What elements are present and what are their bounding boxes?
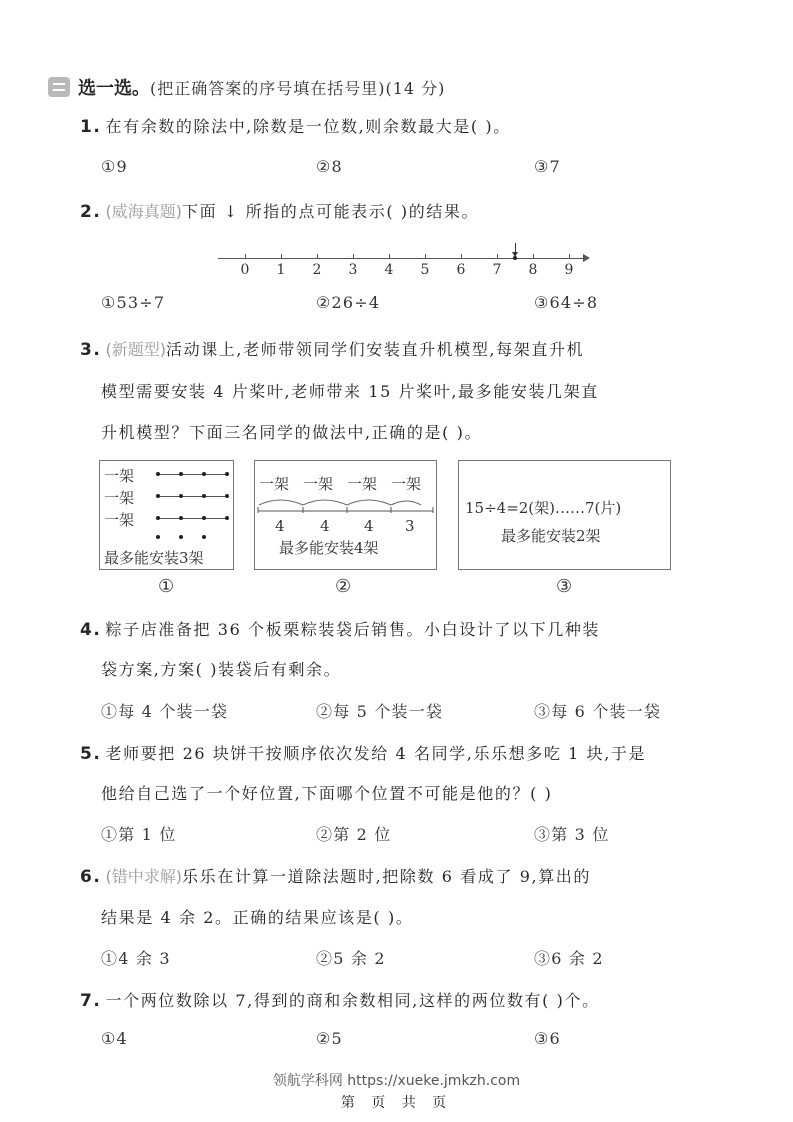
question-6: 6.(错中求解)乐乐在计算一道除法题时,把除数 6 看成了 9,算出的: [80, 864, 591, 887]
tick-label: 7: [489, 262, 505, 278]
question-text: 乐乐在计算一道除法题时,把除数 6 看成了 9,算出的: [182, 867, 591, 886]
tick-label: 2: [309, 262, 325, 278]
q2-option-2[interactable]: ②26÷4: [316, 293, 380, 312]
q6-option-3[interactable]: ③6 余 2: [534, 946, 604, 969]
section-note: (把正确答案的序号填在括号里)(14 分): [150, 76, 445, 99]
tick-label: 5: [417, 262, 433, 278]
question-text: 在有余数的除法中,除数是一位数,则余数最大是( )。: [106, 117, 511, 136]
q1-option-3[interactable]: ③7: [534, 157, 561, 176]
count-label: 4: [275, 517, 285, 535]
q4-option-1[interactable]: ①每 4 个装一袋: [101, 699, 228, 722]
question-text: 粽子店准备把 36 个板栗粽装袋后销售。小白设计了以下几种装: [106, 620, 601, 639]
question-7: 7.一个两位数除以 7,得到的商和余数相同,这样的两位数有( )个。: [80, 988, 600, 1011]
segment-label: 一架: [391, 473, 421, 494]
q6-option-2[interactable]: ②5 余 2: [316, 946, 386, 969]
figure-1-label[interactable]: ①: [158, 576, 174, 597]
tick-label: 0: [237, 262, 253, 278]
question-1: 1.在有余数的除法中,除数是一位数,则余数最大是( )。: [80, 114, 511, 137]
figure-equation: 15÷4=2(架)……7(片): [465, 497, 621, 518]
number-line-point: [513, 256, 517, 260]
q6-option-1[interactable]: ①4 余 3: [101, 946, 171, 969]
section-two-badge-icon: [48, 77, 70, 97]
question-3-line-3: 升机模型？下面三名同学的做法中,正确的是( )。: [101, 420, 482, 443]
question-3: 3.(新题型)活动课上,老师带领同学们安装直升机模型,每架直升机: [80, 337, 584, 360]
count-label: 4: [320, 517, 330, 535]
row-label: 一架: [104, 509, 134, 530]
figure-caption: 最多能安装3架: [104, 547, 204, 568]
question-number: 2.: [80, 202, 102, 222]
question-text: 活动课上,老师带领同学们安装直升机模型,每架直升机: [166, 340, 584, 359]
question-4-line-2: 袋方案,方案( )装袋后有剩余。: [101, 657, 341, 680]
q7-option-2[interactable]: ②5: [316, 1029, 343, 1048]
tick-label: 1: [273, 262, 289, 278]
figure-3-label[interactable]: ③: [556, 576, 572, 597]
question-2: 2.(威海真题)下面 ↓ 所指的点可能表示( )的结果。: [80, 199, 479, 222]
arrow-right-icon: [583, 254, 590, 262]
section-title: 选一选。: [78, 74, 150, 100]
count-label: 3: [405, 517, 415, 535]
q4-option-2[interactable]: ②每 5 个装一袋: [316, 699, 443, 722]
question-tag: (错中求解): [106, 867, 183, 886]
question-text: 下面 ↓ 所指的点可能表示( )的结果。: [182, 202, 479, 221]
q7-option-3[interactable]: ③6: [534, 1029, 561, 1048]
q1-option-1[interactable]: ①9: [101, 157, 128, 176]
q4-option-3[interactable]: ③每 6 个装一袋: [534, 699, 661, 722]
segment-label: 一架: [303, 473, 333, 494]
tick-label: 4: [381, 262, 397, 278]
arrow-down-pointer-icon: [515, 243, 516, 255]
question-number: 5.: [80, 744, 102, 764]
q2-option-3[interactable]: ③64÷8: [534, 293, 598, 312]
number-line-axis: [218, 258, 584, 259]
segment-label: 一架: [259, 473, 289, 494]
question-5: 5.老师要把 26 块饼干按顺序依次发给 4 名同学,乐乐想多吃 1 块,于是: [80, 741, 646, 764]
question-text: 一个两位数除以 7,得到的商和余数相同,这样的两位数有( )个。: [106, 991, 600, 1010]
figure-caption: 最多能安装2架: [501, 525, 601, 546]
tick-label: 8: [525, 262, 541, 278]
question-3-line-2: 模型需要安装 4 片桨叶,老师带来 15 片桨叶,最多能安装几架直: [101, 379, 599, 402]
tick-label: 6: [453, 262, 469, 278]
segment-label: 一架: [347, 473, 377, 494]
jump-arrows: [255, 493, 438, 517]
page-number: 第 页 共 页: [0, 1092, 793, 1112]
tick-label: 9: [561, 262, 577, 278]
question-number: 7.: [80, 991, 102, 1011]
q7-option-1[interactable]: ①4: [101, 1029, 128, 1048]
question-tag: (威海真题): [106, 202, 183, 221]
row-label: 一架: [104, 465, 134, 486]
watermark-text: 领航学科网 https://xueke.jmkzh.com: [0, 1070, 793, 1090]
question-4: 4.粽子店准备把 36 个板栗粽装袋后销售。小白设计了以下几种装: [80, 617, 600, 640]
question-number: 6.: [80, 867, 102, 887]
question-tag: (新题型): [106, 340, 167, 359]
figure-2-label[interactable]: ②: [335, 576, 351, 597]
row-label: 一架: [104, 487, 134, 508]
question-number: 4.: [80, 620, 102, 640]
question-5-line-2: 他给自己选了一个好位置,下面哪个位置不可能是他的？( ): [101, 781, 552, 804]
question-number: 1.: [80, 117, 102, 137]
section-header: 选一选。 (把正确答案的序号填在括号里)(14 分): [48, 74, 445, 100]
question-6-line-2: 结果是 4 余 2。正确的结果应该是( )。: [101, 905, 413, 928]
number-line: 0 1 2 3 4 5 6 7 8 9: [218, 242, 590, 282]
question-number: 3.: [80, 340, 102, 360]
tick-label: 3: [345, 262, 361, 278]
figure-caption: 最多能安装4架: [279, 537, 379, 558]
question-text: 老师要把 26 块饼干按顺序依次发给 4 名同学,乐乐想多吃 1 块,于是: [106, 744, 647, 763]
figure-2-box: 一架 一架 一架 一架 4 4 4 3 最多能安装4架: [254, 460, 437, 570]
q2-option-1[interactable]: ①53÷7: [101, 293, 165, 312]
figure-3-box: 15÷4=2(架)……7(片) 最多能安装2架: [458, 460, 671, 570]
q5-option-3[interactable]: ③第 3 位: [534, 822, 610, 845]
figure-1-box: 一架 一架 一架 最多能安装3架: [99, 460, 234, 570]
q1-option-2[interactable]: ②8: [316, 157, 343, 176]
q5-option-1[interactable]: ①第 1 位: [101, 822, 177, 845]
count-label: 4: [364, 517, 374, 535]
q5-option-2[interactable]: ②第 2 位: [316, 822, 392, 845]
